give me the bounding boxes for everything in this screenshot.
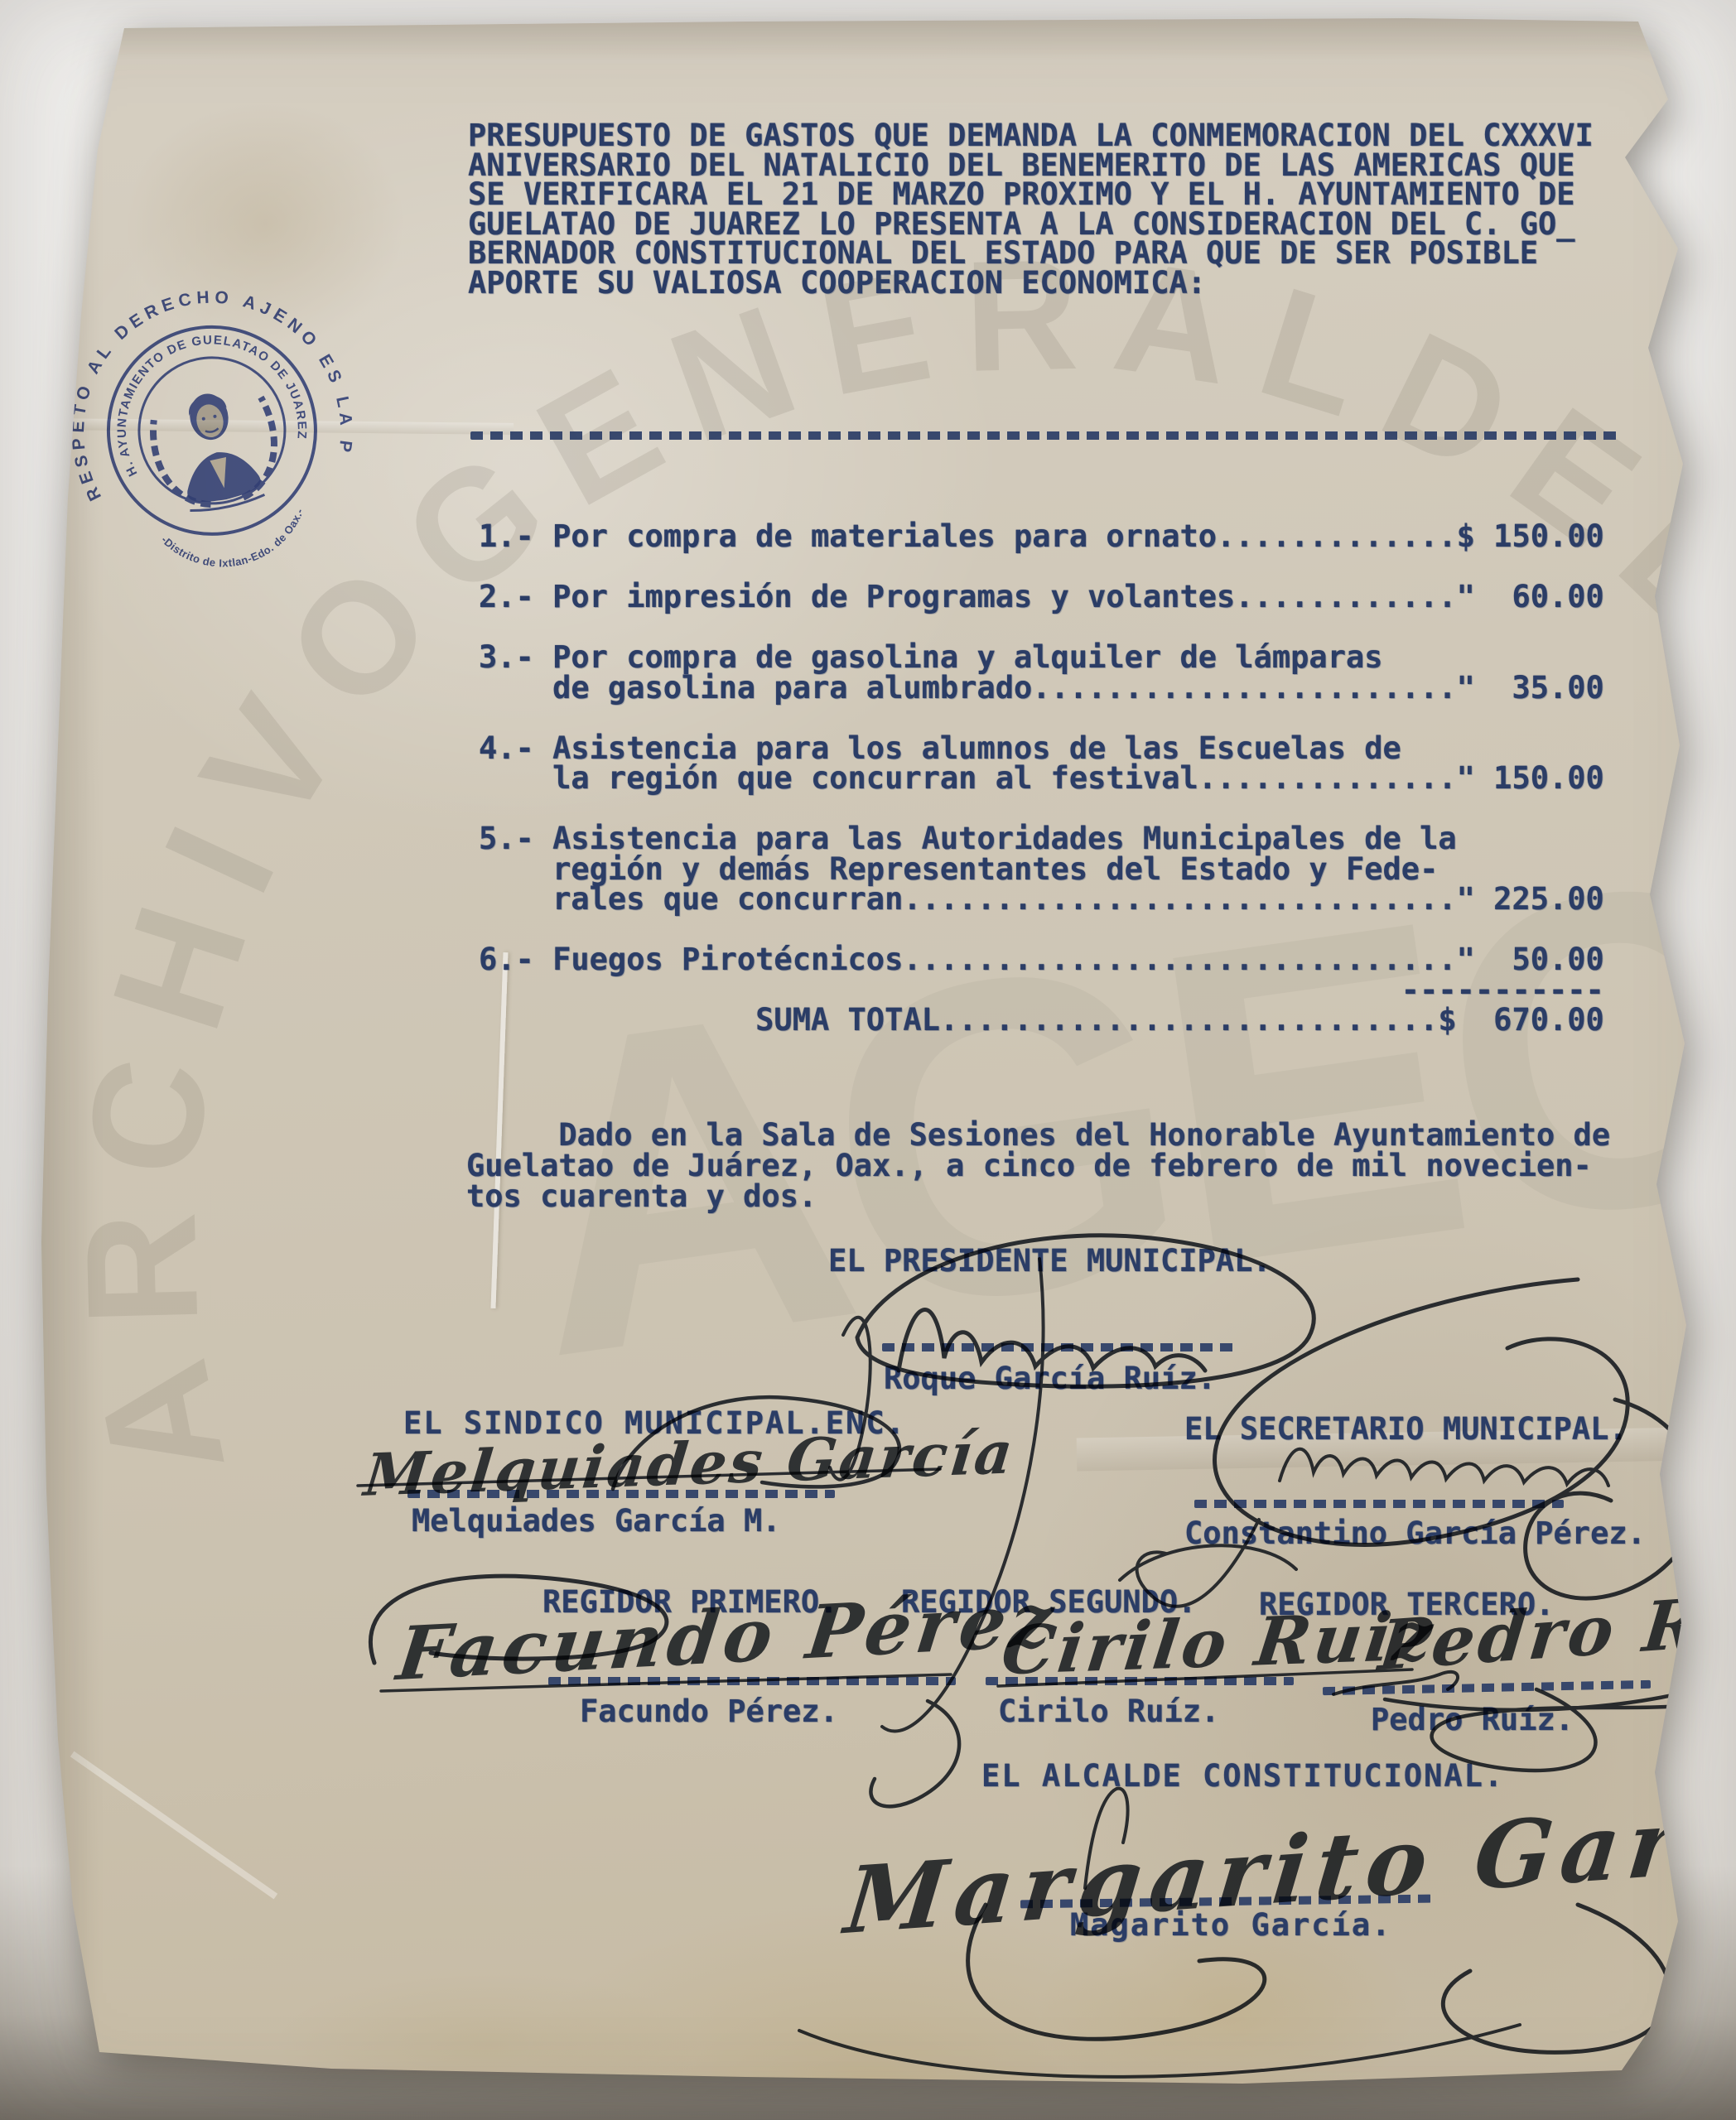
facundo-signature-lead-oval	[370, 1576, 667, 1663]
photo-backdrop: { "header": { "text": "PRESUPUESTO DE GA…	[0, 0, 1736, 2120]
pedro-signature-underline-loop	[1432, 1689, 1716, 1771]
paper-sheet: ARCHIVOGENERALDELESTADO AGEO PRESUPUESTO…	[0, 0, 1736, 2120]
constantino-signature-tail	[1137, 1520, 1259, 1607]
signature-flourishes	[0, 0, 1736, 2120]
constantino-signature-circle	[1526, 1400, 1699, 1598]
facundo-signature-z-tail	[870, 1701, 959, 1806]
roque-signature-f-stroke	[830, 1318, 870, 1480]
constantino-signature-script	[1280, 1449, 1608, 1486]
constantino-signature-big-loop	[1215, 1279, 1628, 1544]
pedro-signature-underline-1	[1385, 1679, 1727, 1710]
cirilo-signature-strike	[998, 1669, 1412, 1686]
cirilo-signature-arc	[1120, 1545, 1296, 1580]
facundo-signature-strike	[381, 1674, 951, 1691]
document-page-wrap: ARCHIVOGENERALDELESTADO AGEO PRESUPUESTO…	[0, 0, 1736, 2120]
margarito-signature-underloop-left	[968, 1905, 1265, 2039]
roque-signature-descender	[882, 1259, 1044, 1732]
margarito-signature-underloop-right	[1443, 1905, 1670, 2052]
cirilo-signature-tail	[1333, 1672, 1458, 1694]
margarito-signature-t-ascender	[1085, 1789, 1128, 1888]
roque-signature-script	[899, 1310, 1205, 1371]
